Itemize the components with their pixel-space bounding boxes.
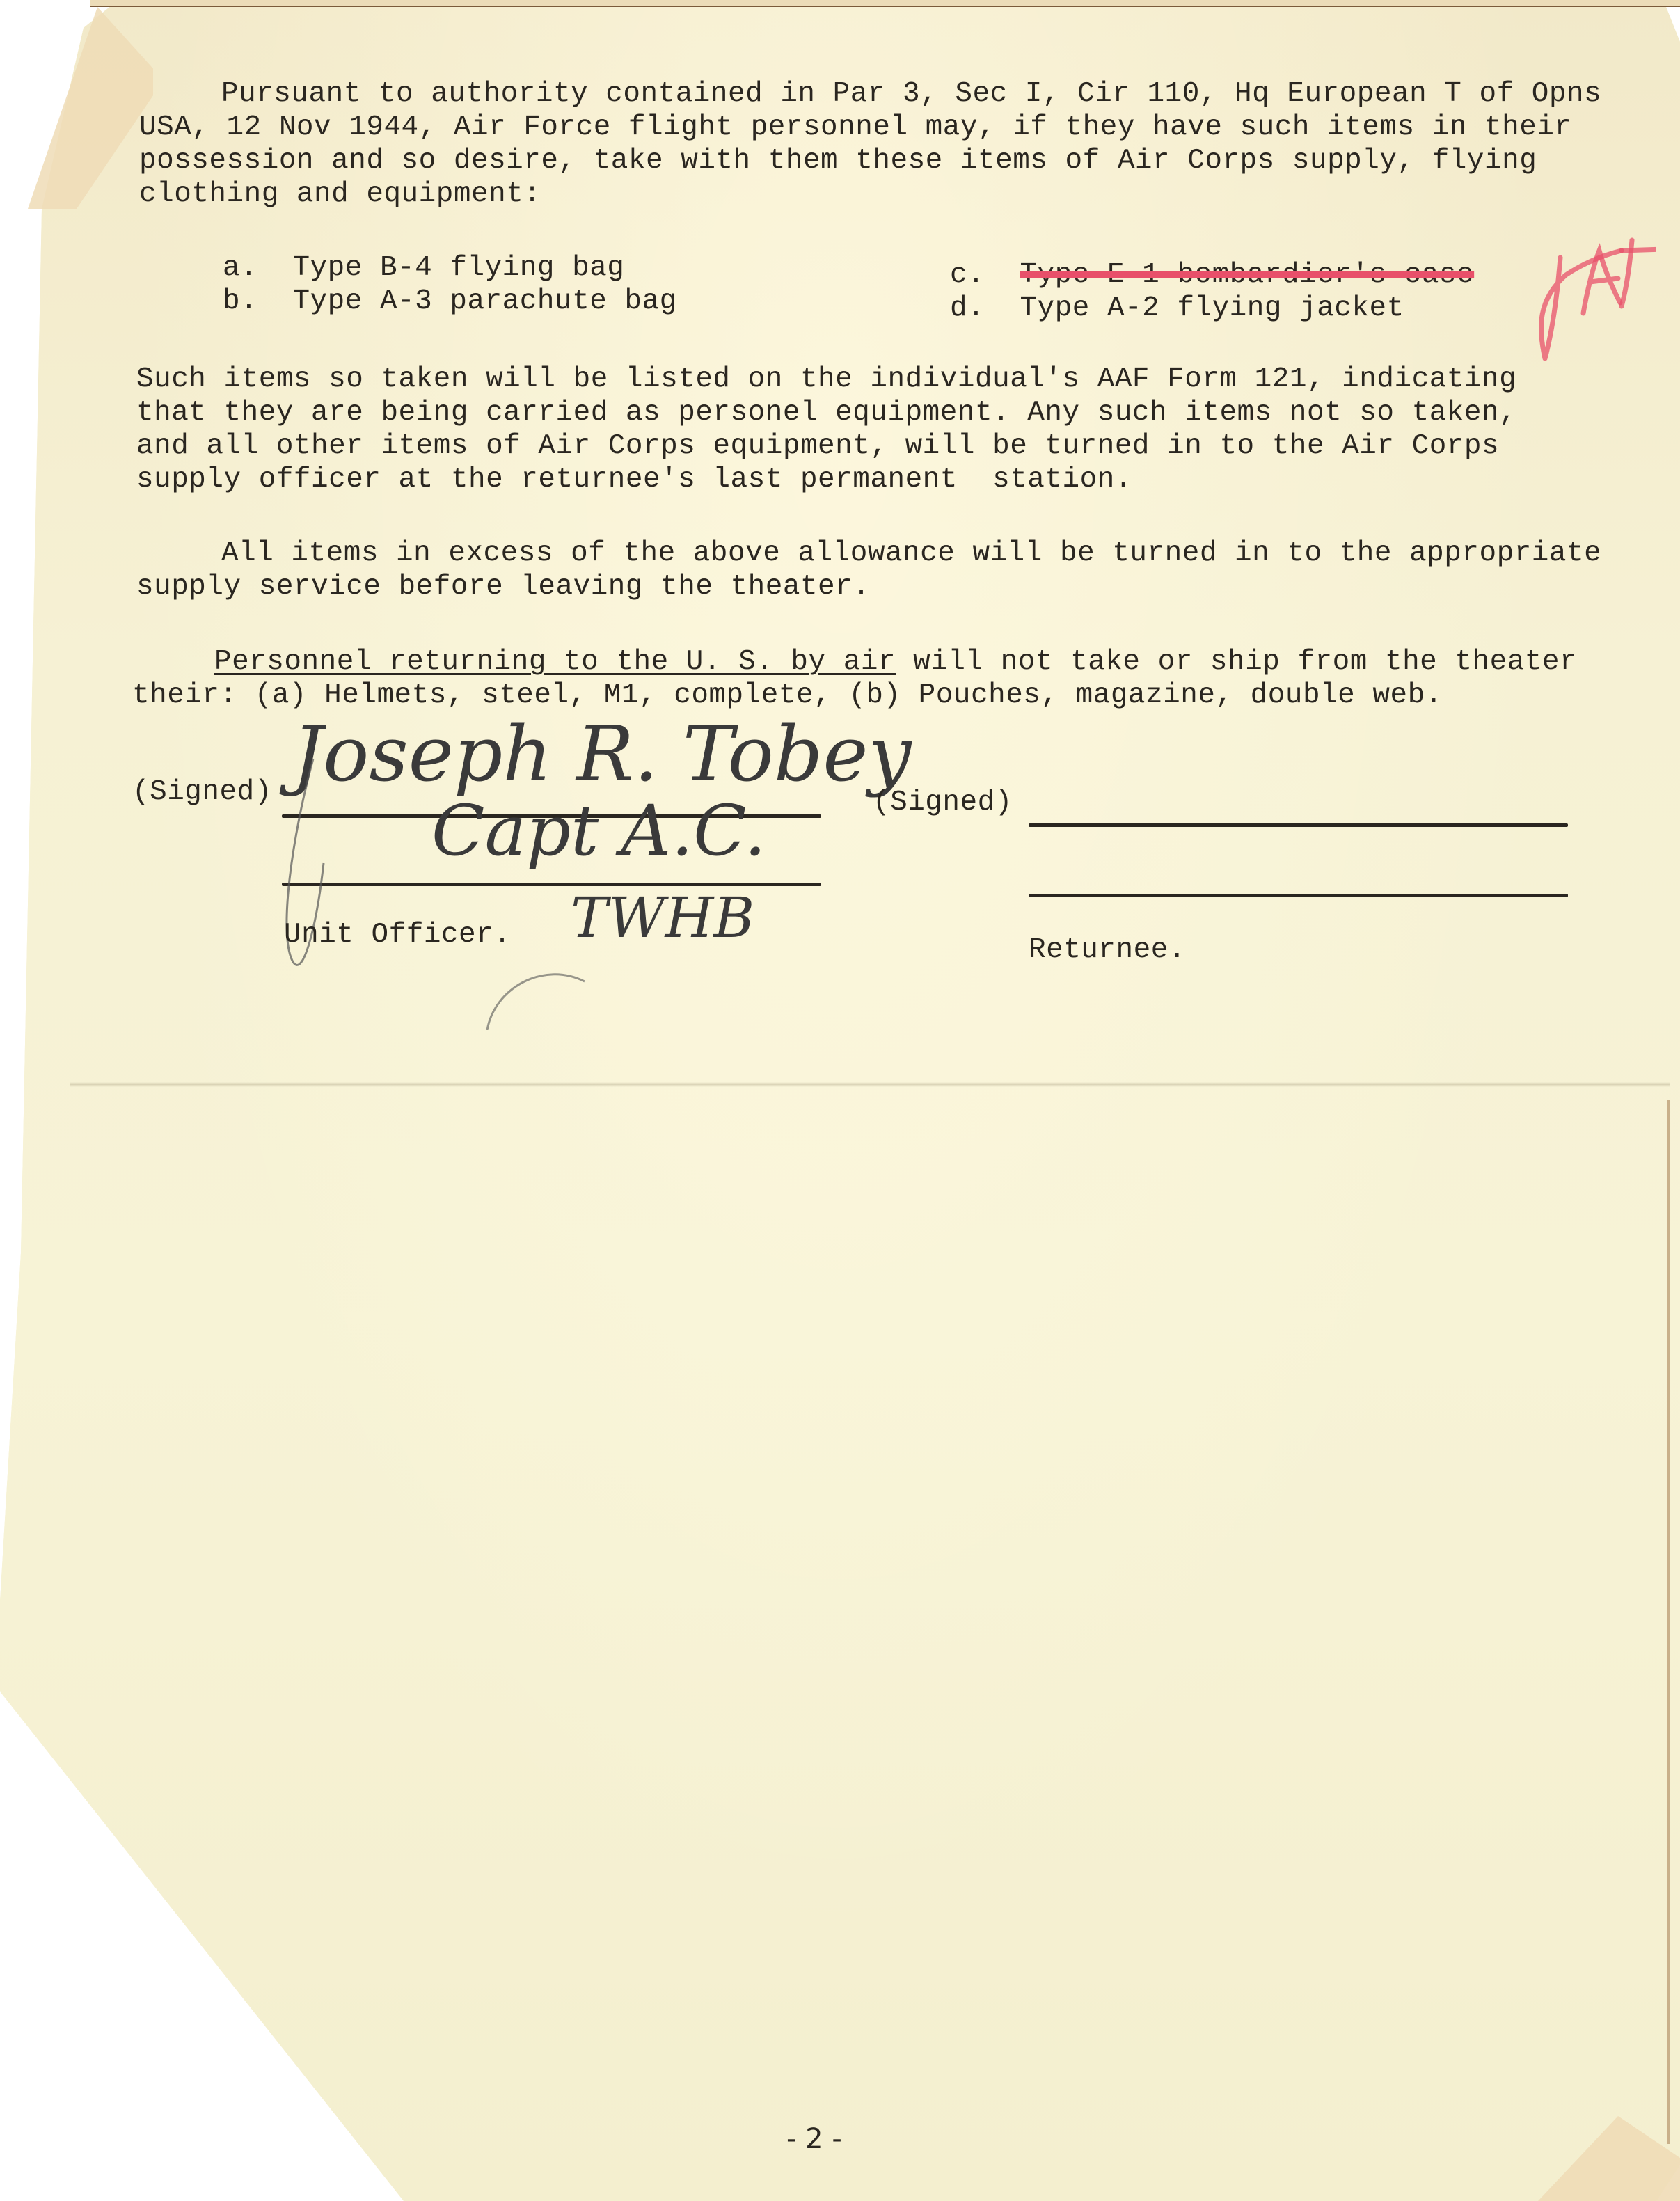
paragraph-line: supply service before leaving the theate… xyxy=(136,571,870,603)
paragraph-line: Such items so taken will be listed on th… xyxy=(136,363,1516,396)
page-number: - 2 - xyxy=(786,2123,842,2156)
paragraph-line: clothing and equipment: xyxy=(139,178,541,211)
item-letter: c. xyxy=(950,259,985,291)
item-letter: d. xyxy=(950,292,985,324)
paragraph-line: Personnel returning to the U. S. by air … xyxy=(214,646,1577,679)
item-text: Type A-3 parachute bag xyxy=(292,285,676,317)
paragraph-line: All items in excess of the above allowan… xyxy=(221,537,1601,570)
paragraph-line: Pursuant to authority contained in Par 3… xyxy=(221,78,1601,111)
typed-document: Pursuant to authority contained in Par 3… xyxy=(0,0,1680,2201)
unit-officer-label: Unit Officer. xyxy=(284,919,511,952)
paragraph-line: their: (a) Helmets, steel, M1, complete,… xyxy=(132,679,1443,712)
paragraph-line: possession and so desire, take with them… xyxy=(139,145,1537,177)
signed-label: (Signed) xyxy=(132,776,272,809)
item-letter: a. xyxy=(223,252,257,284)
list-item-a: a. Type B-4 flying bag xyxy=(223,252,624,285)
list-item-c: c. Type E-1 bombardier's case xyxy=(950,259,1474,292)
signature-line-returnee[interactable] xyxy=(1029,823,1568,827)
returnee-label: Returnee. xyxy=(1029,934,1186,967)
paragraph-line: USA, 12 Nov 1944, Air Force flight perso… xyxy=(139,111,1572,144)
paragraph-line: and all other items of Air Corps equipme… xyxy=(136,430,1499,463)
item-text: Type B-4 flying bag xyxy=(292,252,624,284)
paragraph-line: that they are being carried as personel … xyxy=(136,397,1516,429)
signature-flourish-icon xyxy=(264,752,612,1030)
line-rest: will not take or ship from the theater xyxy=(896,646,1577,678)
underlined-phrase: Personnel returning to the U. S. by air xyxy=(214,646,896,678)
red-pencil-initials-icon xyxy=(1517,237,1656,362)
list-item-d: d. Type A-2 flying jacket xyxy=(950,292,1404,325)
paragraph-line: supply officer at the returnee's last pe… xyxy=(136,464,1132,496)
signature-line-returnee-second[interactable] xyxy=(1029,894,1568,897)
item-letter: b. xyxy=(223,285,257,317)
item-text: Type A-2 flying jacket xyxy=(1020,292,1404,324)
item-text-struck: Type E-1 bombardier's case xyxy=(1020,259,1474,291)
list-item-b: b. Type A-3 parachute bag xyxy=(223,285,677,318)
signed-label: (Signed) xyxy=(873,787,1013,819)
